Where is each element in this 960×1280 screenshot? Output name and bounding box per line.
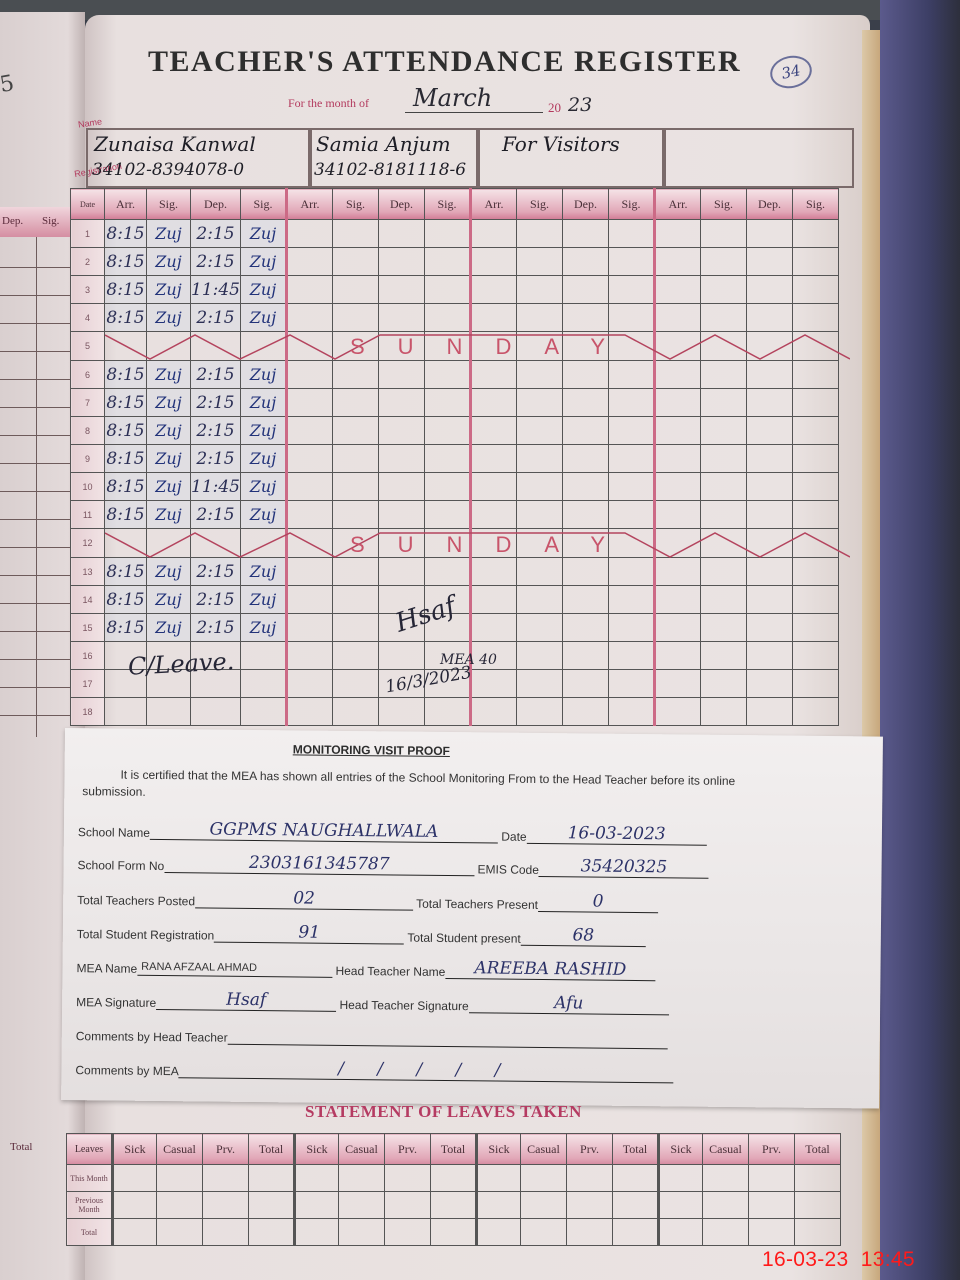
empty-cell bbox=[563, 642, 609, 670]
leaves-row: This Month bbox=[67, 1165, 841, 1192]
empty-cell bbox=[517, 304, 563, 332]
signatures-row: MEA SignatureHsaf Head Teacher Signature… bbox=[76, 990, 669, 1015]
teacher-name-box-4 bbox=[664, 128, 854, 188]
empty-cell bbox=[609, 248, 655, 276]
empty-cell bbox=[655, 642, 701, 670]
empty-cell bbox=[517, 220, 563, 248]
signature-cell bbox=[241, 670, 287, 698]
empty-cell bbox=[793, 304, 839, 332]
empty-cell bbox=[793, 417, 839, 445]
empty-cell bbox=[609, 642, 655, 670]
date-cell: 12 bbox=[71, 529, 105, 558]
empty-cell bbox=[655, 501, 701, 529]
empty-cell bbox=[563, 389, 609, 417]
empty-cell bbox=[701, 670, 747, 698]
head-teacher-comments-row: Comments by Head Teacher bbox=[76, 1024, 668, 1049]
empty-cell bbox=[747, 417, 793, 445]
leaves-cell bbox=[249, 1192, 295, 1219]
departure-cell: 2:15 bbox=[191, 501, 241, 529]
empty-cell bbox=[563, 248, 609, 276]
leaves-cell bbox=[157, 1219, 203, 1246]
signature-cell: Zuj bbox=[147, 361, 191, 389]
leaves-cell bbox=[521, 1219, 567, 1246]
leaves-cell bbox=[431, 1192, 477, 1219]
signature-cell: Zuj bbox=[241, 445, 287, 473]
empty-cell bbox=[747, 670, 793, 698]
names-row: MEA NameRANA AFZAAL AHMAD Head Teacher N… bbox=[76, 956, 655, 981]
empty-cell bbox=[655, 417, 701, 445]
arrival-cell: 8:15 bbox=[105, 361, 147, 389]
empty-cell bbox=[747, 586, 793, 614]
empty-cell bbox=[517, 698, 563, 726]
leaves-cell bbox=[385, 1165, 431, 1192]
leaves-cell bbox=[567, 1219, 613, 1246]
date-cell: 6 bbox=[71, 361, 105, 389]
empty-cell bbox=[333, 698, 379, 726]
empty-cell bbox=[609, 698, 655, 726]
signature-cell: Zuj bbox=[241, 614, 287, 642]
table-row: 98:15Zuj2:15Zuj bbox=[71, 445, 839, 473]
empty-cell bbox=[655, 445, 701, 473]
empty-cell bbox=[701, 501, 747, 529]
empty-cell bbox=[379, 558, 425, 586]
arrival-cell: 8:15 bbox=[105, 389, 147, 417]
leaves-cell bbox=[613, 1192, 659, 1219]
empty-cell bbox=[425, 698, 471, 726]
leaves-table: Leaves SickCasualPrv.Total SickCasualPrv… bbox=[66, 1133, 841, 1246]
departure-cell bbox=[191, 698, 241, 726]
empty-cell bbox=[287, 361, 333, 389]
empty-cell bbox=[517, 445, 563, 473]
departure-cell: 2:15 bbox=[191, 361, 241, 389]
head-teacher-signature-field: Afu bbox=[469, 994, 669, 1015]
empty-cell bbox=[333, 304, 379, 332]
empty-cell bbox=[287, 276, 333, 304]
empty-cell bbox=[517, 586, 563, 614]
departure-cell: 2:15 bbox=[191, 304, 241, 332]
empty-cell bbox=[471, 698, 517, 726]
leaves-cell bbox=[521, 1165, 567, 1192]
year-prefix: 20 bbox=[548, 100, 561, 116]
empty-cell bbox=[379, 248, 425, 276]
leaves-header-row: Leaves SickCasualPrv.Total SickCasualPrv… bbox=[67, 1134, 841, 1165]
empty-cell bbox=[333, 389, 379, 417]
empty-cell bbox=[379, 417, 425, 445]
empty-cell bbox=[747, 501, 793, 529]
empty-cell bbox=[287, 445, 333, 473]
teachers-row: Total Teachers Posted02 Total Teachers P… bbox=[77, 888, 658, 913]
arrival-cell: 8:15 bbox=[105, 417, 147, 445]
leaves-cell bbox=[795, 1165, 841, 1192]
empty-cell bbox=[471, 220, 517, 248]
empty-cell bbox=[471, 276, 517, 304]
leaves-cell bbox=[431, 1165, 477, 1192]
leaves-cell bbox=[203, 1219, 249, 1246]
table-row: 118:15Zuj2:15Zuj bbox=[71, 501, 839, 529]
signature-cell: Zuj bbox=[147, 445, 191, 473]
empty-cell bbox=[609, 670, 655, 698]
empty-cell bbox=[379, 276, 425, 304]
certification-text: It is certified that the MEA has shown a… bbox=[82, 766, 772, 807]
empty-cell bbox=[287, 670, 333, 698]
empty-cell bbox=[287, 501, 333, 529]
teacher-name-box-1: Zunaisa Kanwal 34102-8394078-0 bbox=[86, 128, 312, 188]
empty-cell bbox=[471, 417, 517, 445]
sunday-label: SUNDAY bbox=[350, 334, 638, 360]
empty-cell bbox=[793, 558, 839, 586]
arrival-cell: 8:15 bbox=[105, 586, 147, 614]
departure-cell: 2:15 bbox=[191, 220, 241, 248]
signature-cell bbox=[241, 698, 287, 726]
empty-cell bbox=[563, 276, 609, 304]
empty-cell bbox=[793, 698, 839, 726]
teacher-name-box-2: Samia Anjum 34102-8181118-6 bbox=[308, 128, 478, 188]
empty-cell bbox=[333, 586, 379, 614]
leaves-cell bbox=[477, 1165, 521, 1192]
leaves-cell bbox=[659, 1165, 703, 1192]
attendance-table: Date Arr. Sig. Dep. Sig. Arr. Sig. Dep. … bbox=[70, 188, 839, 726]
leaves-cell bbox=[249, 1219, 295, 1246]
signature-cell: Zuj bbox=[147, 417, 191, 445]
empty-cell bbox=[333, 417, 379, 445]
empty-cell bbox=[747, 248, 793, 276]
signature-cell: Zuj bbox=[147, 586, 191, 614]
empty-cell bbox=[333, 501, 379, 529]
sunday-label: SUNDAY bbox=[350, 532, 638, 558]
leaves-cell bbox=[521, 1192, 567, 1219]
departure-cell: 2:15 bbox=[191, 586, 241, 614]
signature-cell: Zuj bbox=[147, 473, 191, 501]
leaves-cell bbox=[339, 1219, 385, 1246]
empty-cell bbox=[747, 220, 793, 248]
leaves-title: STATEMENT OF LEAVES TAKEN bbox=[305, 1102, 582, 1122]
date-cell: 1 bbox=[71, 220, 105, 248]
signature-cell: Zuj bbox=[241, 304, 287, 332]
empty-cell bbox=[287, 558, 333, 586]
empty-cell bbox=[793, 248, 839, 276]
table-header-row: Date Arr. Sig. Dep. Sig. Arr. Sig. Dep. … bbox=[71, 189, 839, 220]
teacher-cnic: 34102-8394078-0 bbox=[92, 160, 244, 180]
empty-cell bbox=[793, 586, 839, 614]
empty-cell bbox=[287, 698, 333, 726]
empty-cell bbox=[701, 248, 747, 276]
leaves-cell bbox=[431, 1219, 477, 1246]
signature-cell: Zuj bbox=[147, 389, 191, 417]
arrival-cell: 8:15 bbox=[105, 558, 147, 586]
departure-cell: 11:45 bbox=[191, 473, 241, 501]
empty-cell bbox=[379, 389, 425, 417]
teacher-name-box-3: For Visitors bbox=[478, 128, 664, 188]
empty-cell bbox=[517, 276, 563, 304]
empty-cell bbox=[701, 698, 747, 726]
departure-cell: 11:45 bbox=[191, 276, 241, 304]
empty-cell bbox=[379, 220, 425, 248]
empty-cell bbox=[333, 558, 379, 586]
date-cell: 3 bbox=[71, 276, 105, 304]
empty-cell bbox=[793, 361, 839, 389]
arrival-cell: 8:15 bbox=[105, 276, 147, 304]
empty-cell bbox=[517, 248, 563, 276]
table-row: 18:15Zuj2:15Zuj bbox=[71, 220, 839, 248]
empty-cell bbox=[793, 276, 839, 304]
departure-cell: 2:15 bbox=[191, 445, 241, 473]
arrival-cell: 8:15 bbox=[105, 248, 147, 276]
table-row: 78:15Zuj2:15Zuj bbox=[71, 389, 839, 417]
empty-cell bbox=[425, 361, 471, 389]
date-cell: 5 bbox=[71, 332, 105, 361]
departure-cell: 2:15 bbox=[191, 417, 241, 445]
signature-cell: Zuj bbox=[147, 220, 191, 248]
teacher-name: Samia Anjum bbox=[316, 132, 451, 156]
empty-cell bbox=[655, 361, 701, 389]
empty-cell bbox=[563, 417, 609, 445]
empty-cell bbox=[747, 304, 793, 332]
leaves-cell bbox=[659, 1192, 703, 1219]
teacher-cnic: 34102-8181118-6 bbox=[314, 160, 466, 180]
leave-note: C/Leave. bbox=[127, 647, 235, 681]
empty-cell bbox=[563, 614, 609, 642]
book-cover bbox=[880, 0, 960, 1280]
empty-cell bbox=[793, 670, 839, 698]
school-form-no-field: 2303161345787 bbox=[164, 854, 474, 876]
empty-cell bbox=[701, 361, 747, 389]
leaves-cell bbox=[339, 1192, 385, 1219]
empty-cell bbox=[701, 445, 747, 473]
arrival-cell: 8:15 bbox=[105, 501, 147, 529]
empty-cell bbox=[609, 614, 655, 642]
table-row: 48:15Zuj2:15Zuj bbox=[71, 304, 839, 332]
empty-cell bbox=[379, 501, 425, 529]
leaves-cell bbox=[613, 1219, 659, 1246]
empty-cell bbox=[287, 614, 333, 642]
leaves-cell bbox=[249, 1165, 295, 1192]
table-row: 38:15Zuj11:45Zuj bbox=[71, 276, 839, 304]
date-cell: 14 bbox=[71, 586, 105, 614]
signature-cell: Zuj bbox=[241, 248, 287, 276]
empty-cell bbox=[517, 670, 563, 698]
date-header: Date bbox=[71, 189, 105, 220]
signature-cell: Zuj bbox=[241, 558, 287, 586]
teachers-posted-field: 02 bbox=[195, 889, 413, 910]
departure-cell: 2:15 bbox=[191, 558, 241, 586]
empty-cell bbox=[655, 670, 701, 698]
table-row: 88:15Zuj2:15Zuj bbox=[71, 417, 839, 445]
empty-cell bbox=[425, 389, 471, 417]
teacher-name: Zunaisa Kanwal bbox=[94, 132, 256, 156]
leaves-row: Previous Month bbox=[67, 1192, 841, 1219]
empty-cell bbox=[609, 304, 655, 332]
empty-cell bbox=[747, 558, 793, 586]
empty-cell bbox=[701, 614, 747, 642]
left-page-note: 5 bbox=[0, 71, 16, 98]
empty-cell bbox=[655, 304, 701, 332]
empty-cell bbox=[425, 473, 471, 501]
empty-cell bbox=[517, 558, 563, 586]
leaves-cell bbox=[295, 1219, 339, 1246]
empty-cell bbox=[701, 220, 747, 248]
empty-cell bbox=[747, 698, 793, 726]
empty-cell bbox=[379, 304, 425, 332]
arrival-cell: 8:15 bbox=[105, 473, 147, 501]
date-cell: 4 bbox=[71, 304, 105, 332]
date-cell: 16 bbox=[71, 642, 105, 670]
photo-timestamp: 16-03-23 13:45 bbox=[762, 1248, 915, 1272]
date-cell: 7 bbox=[71, 389, 105, 417]
signature-cell: Zuj bbox=[147, 558, 191, 586]
date-field: 16-03-2023 bbox=[527, 825, 707, 846]
empty-cell bbox=[793, 445, 839, 473]
teachers-present-field: 0 bbox=[538, 893, 658, 913]
leaves-cell bbox=[157, 1165, 203, 1192]
leaves-cell bbox=[203, 1192, 249, 1219]
month-value: March bbox=[405, 86, 543, 113]
empty-cell bbox=[425, 417, 471, 445]
empty-cell bbox=[287, 473, 333, 501]
leaves-cell bbox=[295, 1192, 339, 1219]
signature-cell: Zuj bbox=[241, 361, 287, 389]
empty-cell bbox=[379, 361, 425, 389]
empty-cell bbox=[287, 389, 333, 417]
empty-cell bbox=[471, 670, 517, 698]
slip-title: MONITORING VISIT PROOF bbox=[293, 742, 450, 758]
mea-signature-field: Hsaf bbox=[156, 991, 336, 1012]
empty-cell bbox=[333, 276, 379, 304]
empty-cell bbox=[333, 361, 379, 389]
leaves-cell bbox=[659, 1219, 703, 1246]
empty-cell bbox=[287, 642, 333, 670]
empty-cell bbox=[425, 501, 471, 529]
year-value: 23 bbox=[568, 94, 592, 116]
empty-cell bbox=[425, 248, 471, 276]
empty-cell bbox=[747, 642, 793, 670]
date-cell: 2 bbox=[71, 248, 105, 276]
empty-cell bbox=[471, 558, 517, 586]
empty-cell bbox=[609, 473, 655, 501]
empty-cell bbox=[563, 558, 609, 586]
empty-cell bbox=[563, 445, 609, 473]
leaves-cell bbox=[113, 1192, 157, 1219]
empty-cell bbox=[747, 445, 793, 473]
empty-cell bbox=[379, 445, 425, 473]
school-form-row: School Form No2303161345787 EMIS Code354… bbox=[77, 853, 709, 879]
leaves-cell bbox=[203, 1165, 249, 1192]
empty-cell bbox=[333, 670, 379, 698]
empty-cell bbox=[701, 417, 747, 445]
leaves-row: Total bbox=[67, 1219, 841, 1246]
table-row: 68:15Zuj2:15Zuj bbox=[71, 361, 839, 389]
arrival-cell bbox=[105, 698, 147, 726]
empty-cell bbox=[793, 614, 839, 642]
leaves-cell bbox=[157, 1192, 203, 1219]
empty-cell bbox=[701, 473, 747, 501]
leaves-cell bbox=[567, 1192, 613, 1219]
arrival-cell: 8:15 bbox=[105, 614, 147, 642]
empty-cell bbox=[609, 220, 655, 248]
empty-cell bbox=[793, 473, 839, 501]
signature-cell: Zuj bbox=[241, 501, 287, 529]
empty-cell bbox=[517, 473, 563, 501]
monitoring-visit-slip: MONITORING VISIT PROOF It is certified t… bbox=[61, 728, 883, 1109]
empty-cell bbox=[793, 389, 839, 417]
leaves-row-label: This Month bbox=[67, 1165, 113, 1192]
table-row: 138:15Zuj2:15Zuj bbox=[71, 558, 839, 586]
empty-cell bbox=[471, 361, 517, 389]
empty-cell bbox=[655, 248, 701, 276]
empty-cell bbox=[287, 220, 333, 248]
date-cell: 8 bbox=[71, 417, 105, 445]
signature-cell bbox=[147, 698, 191, 726]
empty-cell bbox=[609, 276, 655, 304]
arrival-cell: 8:15 bbox=[105, 445, 147, 473]
signature-cell: Zuj bbox=[147, 276, 191, 304]
empty-cell bbox=[563, 698, 609, 726]
empty-cell bbox=[609, 417, 655, 445]
date-cell: 18 bbox=[71, 698, 105, 726]
student-present-field: 68 bbox=[521, 927, 646, 947]
head-teacher-comments-field bbox=[228, 1026, 668, 1050]
empty-cell bbox=[517, 614, 563, 642]
empty-cell bbox=[379, 473, 425, 501]
empty-cell bbox=[747, 276, 793, 304]
leaves-cell bbox=[385, 1219, 431, 1246]
empty-cell bbox=[333, 473, 379, 501]
empty-cell bbox=[701, 586, 747, 614]
date-cell: 13 bbox=[71, 558, 105, 586]
signature-cell: Zuj bbox=[147, 501, 191, 529]
empty-cell bbox=[609, 586, 655, 614]
empty-cell bbox=[517, 389, 563, 417]
empty-cell bbox=[471, 304, 517, 332]
signature-cell: Zuj bbox=[241, 389, 287, 417]
leaves-cell bbox=[613, 1165, 659, 1192]
empty-cell bbox=[655, 220, 701, 248]
empty-cell bbox=[655, 698, 701, 726]
teacher-name: For Visitors bbox=[502, 132, 620, 156]
empty-cell bbox=[517, 642, 563, 670]
empty-cell bbox=[471, 445, 517, 473]
empty-cell bbox=[655, 558, 701, 586]
table-row: 18 bbox=[71, 698, 839, 726]
mea-comments-row: Comments by MEA/ / / / / bbox=[75, 1058, 674, 1083]
empty-cell bbox=[747, 614, 793, 642]
empty-cell bbox=[333, 220, 379, 248]
signature-cell: Zuj bbox=[147, 614, 191, 642]
students-row: Total Student Registration91 Total Stude… bbox=[77, 922, 646, 947]
signature-cell: Zuj bbox=[241, 417, 287, 445]
mea-name-field: RANA AFZAAL AHMAD bbox=[137, 957, 332, 978]
leaves-cell bbox=[113, 1165, 157, 1192]
head-teacher-name-field: AREEBA RASHID bbox=[445, 960, 655, 981]
empty-cell bbox=[379, 642, 425, 670]
empty-cell bbox=[747, 389, 793, 417]
empty-cell bbox=[333, 445, 379, 473]
mea-comments-field: / / / / / bbox=[179, 1059, 674, 1083]
empty-cell bbox=[333, 614, 379, 642]
signature-cell: Zuj bbox=[241, 586, 287, 614]
empty-cell bbox=[563, 473, 609, 501]
empty-cell bbox=[425, 220, 471, 248]
signature-cell bbox=[241, 642, 287, 670]
emis-code-field: 35420325 bbox=[539, 858, 709, 879]
empty-cell bbox=[471, 248, 517, 276]
empty-cell bbox=[563, 586, 609, 614]
empty-cell bbox=[333, 642, 379, 670]
empty-cell bbox=[655, 389, 701, 417]
empty-cell bbox=[425, 304, 471, 332]
empty-cell bbox=[701, 642, 747, 670]
empty-cell bbox=[471, 501, 517, 529]
empty-cell bbox=[655, 276, 701, 304]
